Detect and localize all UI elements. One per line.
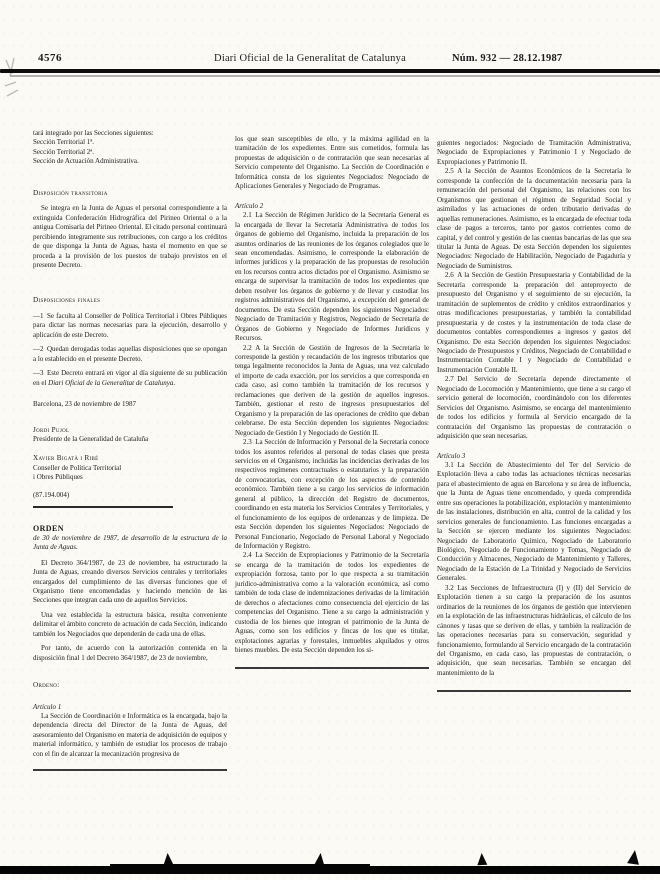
transitional-provision-heading: Disposición transitoria: [33, 189, 227, 198]
date-line: Barcelona, 23 de noviembre de 1987: [33, 400, 227, 409]
journal-title: Diari Oficial de la Generalitat de Catal…: [150, 53, 470, 64]
column-left: tará integrado por las Secciones siguien…: [33, 95, 227, 771]
registration-mark: [477, 853, 488, 866]
article-2-1: 2.1 La Sección de Régimen Jurídico de la…: [235, 211, 429, 343]
transitional-provision-body: Se integra en la Junta de Aguas el perso…: [33, 204, 227, 270]
reference-number: (87.194.004): [33, 491, 227, 500]
final-provision-3-end: .: [173, 379, 175, 387]
signature-block-president: Jordi Pujol Presidente de la Generalidad…: [33, 426, 227, 445]
issue-number: Núm. 932 — 28.12.1987: [452, 53, 562, 64]
signature-name: Jordi Pujol: [33, 426, 227, 435]
article-2-4: 2.4 La Sección de Expropiaciones y Patri…: [235, 551, 429, 655]
final-provision-1: —1 Se faculta al Conseller de Política T…: [33, 312, 227, 340]
separator-rule: [235, 667, 429, 669]
final-provision-3: —3 Este Decreto entrará en vigor al día …: [33, 369, 227, 388]
order-paragraph: Por tanto, de acuerdo con la autorizació…: [33, 644, 227, 663]
order-paragraph: El Decreto 364/1987, de 23 de noviembre,…: [33, 559, 227, 606]
intro-line: Sección Territorial 1ª.: [33, 138, 227, 147]
signature-name: Xavier Bigatà i Ribé: [33, 454, 227, 463]
separator-rule: [437, 690, 631, 692]
article-2-7: 2.7 Del Servicio de Secretaría depende d…: [437, 375, 631, 441]
journal-name-italic: Diari Oficial de la Generalitat de Catal…: [48, 379, 173, 387]
order-paragraph: Una vez establecida la estructura básica…: [33, 611, 227, 639]
article-2-3: 2.3 La Sección de Información y Personal…: [235, 438, 429, 551]
column-right: guientes negociados: Negociado de Tramit…: [437, 95, 631, 692]
signature-title: i Obres Públiques: [33, 473, 227, 482]
article-3-heading: Artículo 3: [437, 452, 631, 461]
separator-rule: [33, 769, 227, 771]
intro-line: Sección Territorial 2ª.: [33, 148, 227, 157]
continuation-paragraph: guientes negociados: Negociado de Tramit…: [437, 139, 631, 167]
continuation-paragraph: los que sean susceptibles de ello, y la …: [235, 135, 429, 192]
final-provisions-heading: Disposiciones finales: [33, 296, 227, 305]
ordeno-label: Ordeno:: [33, 681, 227, 690]
intro-line: tará integrado por las Secciones siguien…: [33, 129, 227, 138]
scan-artifact: [2, 56, 28, 100]
order-subtitle: de 30 de noviembre de 1987, de desarroll…: [33, 534, 227, 553]
intro-line: Sección de Actuación Administrativa.: [33, 157, 227, 166]
registration-mark: [627, 849, 641, 865]
article-1-heading: Artículo 1: [33, 703, 227, 712]
article-2-6: 2.6 A la Sección de Gestión Presupuestar…: [437, 271, 631, 375]
final-provision-2: —2 Quedan derogadas todas aquellas dispo…: [33, 345, 227, 364]
gazette-page: 4576 Diari Oficial de la Generalitat de …: [0, 0, 660, 880]
signature-title: Conseller de Política Territorial: [33, 464, 227, 473]
signature-block-conseller: Xavier Bigatà i Ribé Conseller de Políti…: [33, 454, 227, 482]
signature-title: Presidente de la Generalidad de Cataluña: [33, 435, 227, 444]
article-2-5: 2.5 A la Sección de Asuntos Económicos d…: [437, 167, 631, 271]
article-1-body: La Sección de Coordinación e Informática…: [33, 712, 227, 759]
order-title: ORDEN: [33, 524, 227, 533]
column-center: los que sean susceptibles de ello, y la …: [235, 95, 429, 669]
page-number: 4576: [38, 52, 62, 64]
article-2-heading: Artículo 2: [235, 202, 429, 211]
header-rule-secondary: [10, 75, 660, 77]
scan-edge-bar: [0, 866, 660, 874]
article-2-2: 2.2 A la Sección de Gestión de Ingresos …: [235, 344, 429, 439]
separator-rule: [33, 506, 173, 508]
article-3-2: 3.2 Las Secciones de Infraestructura (I)…: [437, 584, 631, 679]
article-3-1: 3.1 La Sección de Abastecimiento del Ter…: [437, 461, 631, 584]
header-rule: [0, 69, 660, 73]
